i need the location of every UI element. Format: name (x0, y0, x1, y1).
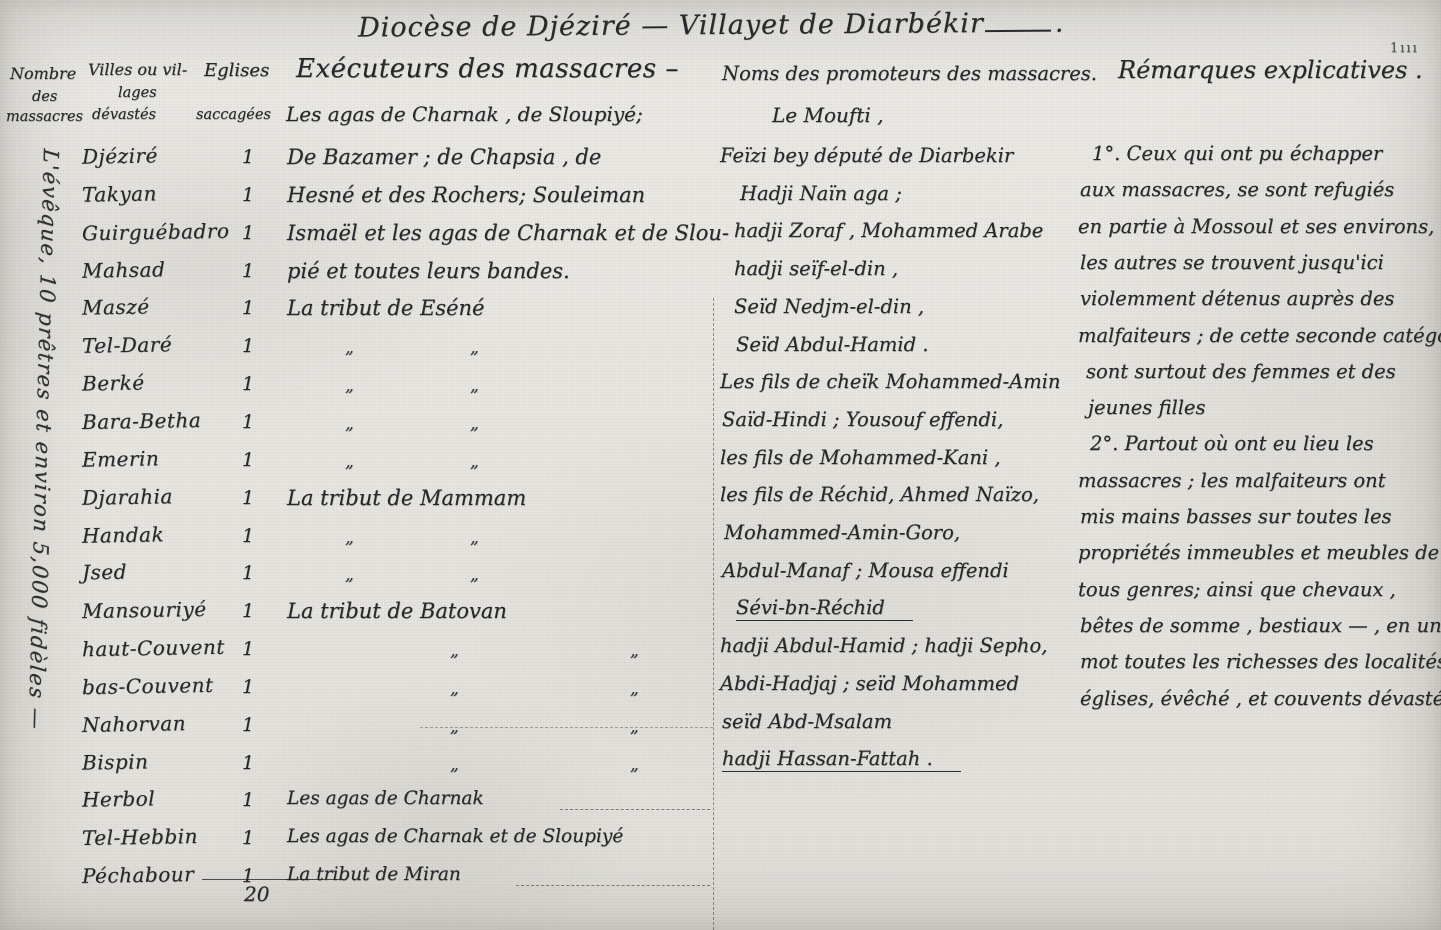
document-title: Diocèse de Djéziré — Villayet de Diarbék… (358, 10, 1065, 43)
ditto-mark: „ (345, 530, 354, 548)
promoter-line: hadji Zoraf , Mohammed Arabe (734, 221, 1043, 241)
remark-line: aux massacres, se sont refugiés (1080, 180, 1394, 200)
churches-count: 1 (242, 716, 254, 736)
header-executeurs-sub: Les agas de Charnak , de Sloupiyé; (286, 104, 643, 125)
promoter-line: les fils de Mohammed-Kani , (720, 448, 1001, 468)
village-name: Handak (82, 524, 164, 546)
executors-entry: La tribut de Miran (287, 865, 461, 884)
village-name: Bara-Betha (82, 410, 202, 433)
remark-line: jeunes filles (1088, 398, 1205, 418)
column-divider-line (713, 298, 714, 930)
promoter-line: seïd Abd-Msalam (722, 712, 892, 732)
churches-count: 1 (242, 451, 254, 471)
ditto-mark: „ (345, 340, 354, 358)
promoter-line: Abdul-Manaf ; Mousa effendi (722, 561, 1009, 581)
executors-entry: De Bazamer ; de Chapsia , de (287, 146, 601, 168)
ditto-mark: „ (630, 643, 639, 661)
total-count: 20 (244, 884, 269, 905)
executors-entry: Hesné et des Rochers; Souleiman (287, 184, 645, 206)
ditto-mark: „ (450, 643, 459, 661)
village-name: Djarahia (82, 486, 173, 509)
dotted-continuation-line (516, 885, 710, 886)
header-villes-line1: Villes ou vil- (88, 62, 187, 79)
remark-line: tous genres; ainsi que chevaux , (1078, 580, 1396, 600)
header-promoteurs-sub: Le Moufti , (772, 105, 883, 126)
promoter-line: Seïd Nedjm-el-din , (734, 297, 924, 317)
ditto-mark: „ (470, 530, 479, 548)
promoter-line: Feïzi bey député de Diarbekir (720, 146, 1013, 166)
dotted-continuation-line (560, 809, 710, 810)
total-sum-line (202, 879, 344, 880)
village-name: Péchabour (82, 864, 195, 887)
promoter-line: Mohammed-Amin-Goro, (724, 523, 960, 543)
margin-note-vertical: L'évêque, 10 prêtres et environ 5,000 fi… (25, 148, 62, 732)
header-nombre-massacres: massacres (6, 110, 83, 125)
remark-line: en partie à Mossoul et ses environs, (1078, 217, 1434, 237)
remark-line: sont surtout des femmes et des (1086, 362, 1396, 382)
executors-entry: La tribut de Eséné (287, 297, 484, 319)
title-underline-flourish (985, 30, 1051, 32)
executors-entry: pié et toutes leurs bandes. (287, 260, 570, 282)
remark-line: mot toutes les richesses des localités: (1080, 652, 1441, 672)
header-eglises-saccagees: saccagées (196, 108, 271, 123)
header-executeurs: Exécuteurs des massacres – (296, 56, 679, 83)
promoter-line: les fils de Réchid, Ahmed Naïzo, (720, 485, 1039, 505)
promoter-line: Les fils de cheïk Mohammed-Amin (720, 372, 1061, 392)
ditto-mark: „ (450, 757, 459, 775)
document-title-text: Diocèse de Djéziré — Villayet de Diarbék… (358, 8, 984, 43)
village-name: Nahorvan (82, 713, 186, 736)
village-name: haut-Couvent (82, 637, 225, 660)
churches-count: 1 (242, 489, 254, 509)
ditto-mark: „ (470, 378, 479, 396)
churches-count: 1 (242, 754, 254, 774)
executors-entry: Les agas de Charnak (287, 789, 484, 808)
header-remarques: Rémarques explicatives . (1118, 58, 1423, 83)
village-name: Tel-Daré (82, 334, 172, 357)
remark-line: mis mains basses sur toutes les (1080, 507, 1392, 527)
horizontal-rule-fragment (420, 727, 713, 728)
churches-count: 1 (242, 262, 254, 282)
remark-line: malfaiteurs ; de cette seconde catégorie (1078, 326, 1441, 346)
ditto-mark: „ (470, 454, 479, 472)
header-villes-line3: dévastés (92, 108, 156, 123)
promoter-line: Saïd-Hindi ; Yousouf effendi, (722, 410, 1003, 430)
churches-count: 1 (242, 602, 254, 622)
churches-count: 1 (242, 791, 254, 811)
ditto-mark: „ (345, 378, 354, 396)
churches-count: 1 (242, 299, 254, 319)
village-name: Emerin (82, 448, 160, 470)
churches-count: 1 (242, 337, 254, 357)
village-name: Djéziré (82, 145, 158, 167)
promoter-line: hadji Hassan-Fattah . (722, 749, 961, 771)
village-name: bas-Couvent (82, 675, 214, 698)
churches-count: 1 (242, 829, 254, 849)
ditto-mark: „ (470, 416, 479, 434)
header-nombre: Nombre (10, 66, 76, 83)
remark-line: les autres se trouvent jusqu'ici (1080, 253, 1384, 273)
promoter-line: Seïd Abdul-Hamid . (736, 335, 929, 355)
ditto-mark: „ (630, 681, 639, 699)
churches-count: 1 (242, 564, 254, 584)
village-name: Jsed (82, 562, 127, 584)
executors-entry: La tribut de Mammam (287, 487, 526, 509)
ditto-mark: „ (470, 567, 479, 585)
churches-count: 1 (242, 678, 254, 698)
executors-entry: La tribut de Batovan (287, 600, 507, 622)
village-name: Herbol (82, 789, 155, 811)
ditto-mark: „ (450, 681, 459, 699)
promoter-line: Abdi-Hadjaj ; seïd Mohammed (720, 674, 1019, 694)
churches-count: 1 (242, 640, 254, 660)
executors-entry: Ismaël et les agas de Charnak et de Slou… (287, 222, 729, 244)
remark-line: bêtes de somme , bestiaux — , en un (1080, 616, 1441, 636)
ditto-mark: „ (345, 454, 354, 472)
remark-line: églises, évêché , et couvents dévastés . (1080, 689, 1441, 709)
village-name: Guirguébadro (82, 220, 230, 244)
churches-count: 1 (242, 148, 254, 168)
header-villes-line2: lages (118, 86, 157, 101)
executors-entry: Les agas de Charnak et de Sloupiyé (287, 827, 623, 846)
remark-line: propriétés immeubles et meubles de (1078, 543, 1439, 563)
promoter-line: Hadji Naïn aga ; (740, 184, 902, 204)
churches-count: 1 (242, 413, 254, 433)
ditto-mark: „ (345, 416, 354, 434)
churches-count: 1 (242, 527, 254, 547)
village-name: Berké (82, 373, 145, 395)
ditto-mark: „ (345, 567, 354, 585)
churches-count: 1 (242, 375, 254, 395)
remark-line: 1°. Ceux qui ont pu échapper (1092, 144, 1382, 164)
village-name: Maszé (82, 297, 150, 319)
header-promoteurs: Noms des promoteurs des massacres. (722, 64, 1097, 84)
scanned-document-page: Diocèse de Djéziré — Villayet de Diarbék… (0, 0, 1441, 930)
promoter-line: Sévi-bn-Réchid (736, 598, 913, 620)
ditto-mark: „ (630, 757, 639, 775)
churches-count: 1 (242, 224, 254, 244)
village-name: Tel-Hebbin (82, 826, 198, 849)
promoter-line: hadji Abdul-Hamid ; hadji Sepho, (720, 636, 1047, 656)
header-eglises: Eglises (204, 62, 269, 81)
header-nombre-des: des (32, 90, 57, 105)
remark-line: violemment détenus auprès des (1080, 289, 1394, 309)
village-name: Bispin (82, 751, 149, 773)
document-title-period: . (1055, 8, 1065, 39)
churches-count: 1 (242, 186, 254, 206)
remark-line: massacres ; les malfaiteurs ont (1078, 471, 1386, 491)
ditto-mark: „ (470, 340, 479, 358)
village-name: Mansouriyé (82, 599, 207, 622)
village-name: Takyan (82, 183, 157, 205)
village-name: Mahsad (82, 259, 166, 281)
promoter-line: hadji seïf-el-din , (734, 259, 898, 279)
page-number-mark: 1ııı (1390, 42, 1419, 56)
remark-line: 2°. Partout où ont eu lieu les (1090, 434, 1374, 454)
